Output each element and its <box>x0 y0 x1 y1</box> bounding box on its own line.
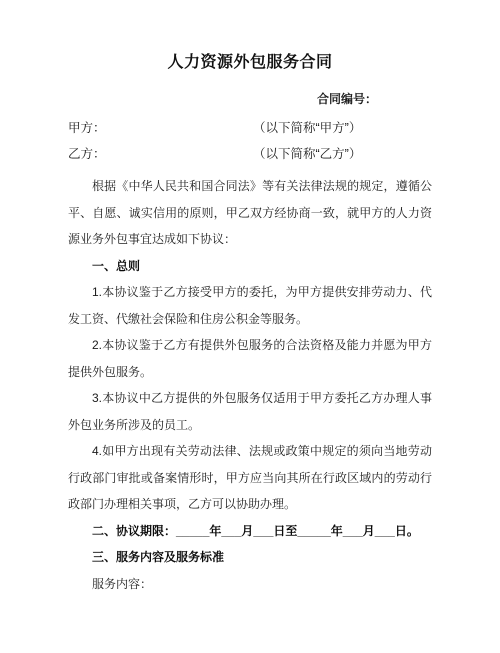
section-1-clause-1: 1.本协议鉴于乙方接受甲方的委托，为甲方提供安排劳动力、代发工资、代缴社会保险和… <box>68 279 432 332</box>
section-1-clause-2: 2.本协议鉴于乙方有提供外包服务的合法资格及能力并愿为甲方提供外包服务。 <box>68 332 432 385</box>
party-row-jiafang: 甲方： （以下简称“甲方”） <box>68 121 432 135</box>
section-1-clause-4: 4.如甲方出现有关劳动法律、法规或政策中规定的须向当地劳动行政部门审批或备案情形… <box>68 438 432 518</box>
party-b-label: 乙方： <box>68 147 253 161</box>
intro-paragraph: 根据《中华人民共和国合同法》等有关法律法规的规定，遵循公平、自愿、诚实信用的原则… <box>68 173 432 253</box>
section-1-heading: 一、总则 <box>68 253 432 280</box>
party-a-label: 甲方： <box>68 121 253 135</box>
party-row-yifang: 乙方： （以下简称“乙方”） <box>68 147 432 161</box>
service-content-label: 服务内容： <box>68 571 432 598</box>
contract-number-label: 合同编号： <box>68 92 432 106</box>
party-b-abbreviation-note: （以下简称“乙方”） <box>253 147 432 161</box>
document-body: 根据《中华人民共和国合同法》等有关法律法规的规定，遵循公平、自愿、诚实信用的原则… <box>68 173 432 597</box>
party-a-abbreviation-note: （以下简称“甲方”） <box>253 121 432 135</box>
contract-title: 人力资源外包服务合同 <box>68 53 432 73</box>
section-1-clause-3: 3.本协议中乙方提供的外包服务仅适用于甲方委托乙方办理人事外包业务所涉及的员工。 <box>68 385 432 438</box>
section-3-heading: 三、服务内容及服务标准 <box>68 544 432 571</box>
section-2-heading-date-blanks: 二、协议期限：_____年___月___日至_____年___月___日。 <box>68 518 432 545</box>
document-content: 人力资源外包服务合同 合同编号： 甲方： （以下简称“甲方”） 乙方： （以下简… <box>0 0 500 597</box>
contract-document-page: 人力资源外包服务合同 合同编号： 甲方： （以下简称“甲方”） 乙方： （以下简… <box>0 0 500 653</box>
